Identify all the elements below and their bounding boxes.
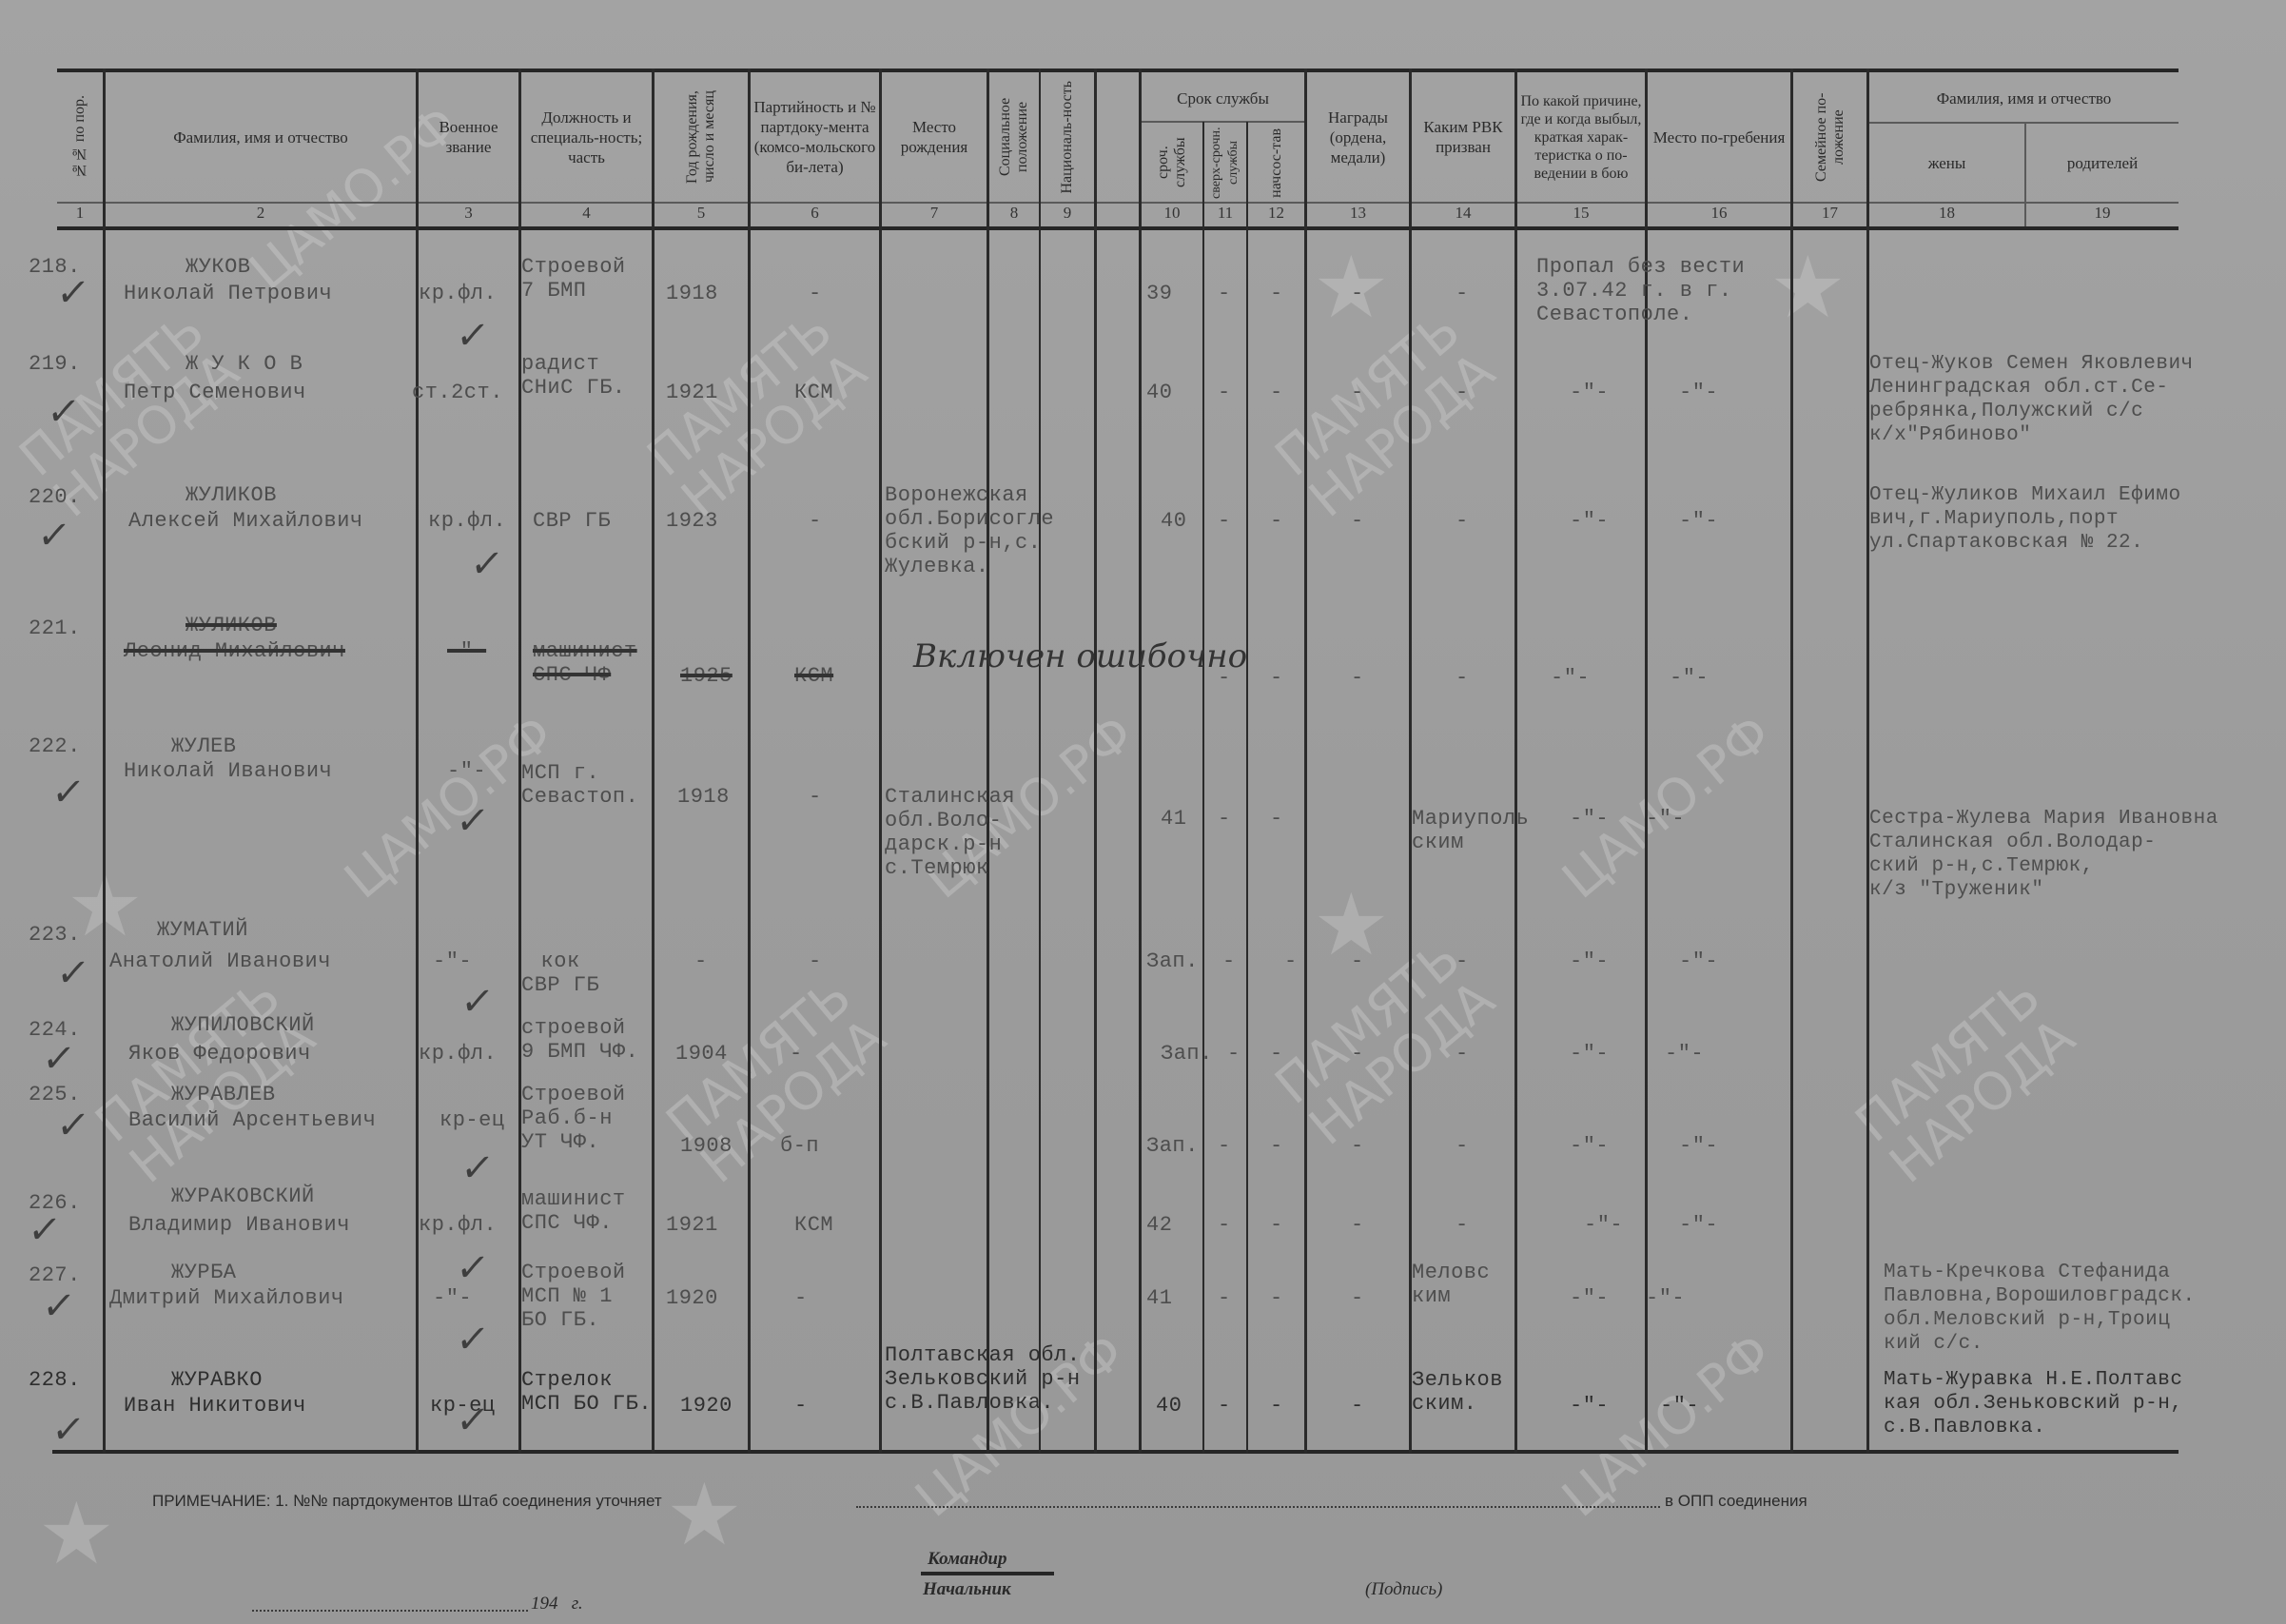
row-command-staff: - (1270, 1134, 1283, 1158)
checkmark-icon: ✓ (459, 1146, 497, 1190)
row-surname: ЖУРАКОВСКИЙ (171, 1184, 315, 1208)
row-parents: Отец-Жуков Семен Яковлевич Ленинградская… (1869, 352, 2194, 447)
row-burial: -"- (1660, 1394, 1699, 1418)
col-divider (416, 68, 419, 1453)
checkmark-icon: ✓ (454, 1318, 492, 1361)
checkmark-icon: ✓ (45, 390, 83, 434)
checkmark-icon: ✓ (454, 1246, 492, 1290)
row-awards: - (1351, 509, 1364, 533)
row-awards: - (1351, 666, 1364, 690)
row-birth-year: 1925 (680, 664, 733, 688)
row-command-staff: - (1270, 1286, 1283, 1310)
col-divider (1304, 68, 1307, 1453)
col-number: 13 (1307, 204, 1409, 223)
checkmark-icon: ✓ (26, 1208, 64, 1252)
commander-label: Командир (928, 1549, 1007, 1570)
watermark-pamyat: ПАМЯТЬ НАРОДА (1266, 303, 1504, 527)
col-number: 1 (57, 204, 103, 223)
header-group-family: Фамилия, имя и отчество (1869, 76, 2179, 120)
row-parents: Мать-Журавка Н.Е.Полтавс кая обл.Зеньков… (1884, 1368, 2182, 1439)
row-number: 222. (29, 734, 81, 758)
header-col-12: начсос-тав (1248, 124, 1304, 202)
row-awards: - (1351, 949, 1364, 973)
header-label: начсос-тав (1268, 128, 1285, 198)
row-surname: ЖУЛЕВ (171, 734, 237, 758)
col-divider (879, 68, 882, 1453)
row-position: машинист СПС ЧФ (533, 639, 637, 687)
header-group-service: Срок службы (1142, 76, 1304, 120)
row-reason: -"- (1584, 1213, 1623, 1237)
row-awards: - (1351, 1042, 1364, 1066)
row-number: 221. (29, 616, 81, 640)
header-label: сверх-срочн. службы (1208, 124, 1242, 202)
row-rvk: Меловс ким (1412, 1261, 1490, 1308)
row-party: - (790, 1042, 803, 1066)
service-group-divider (1140, 121, 1305, 123)
col-number: 6 (751, 204, 879, 223)
row-service-extended: - (1218, 807, 1231, 831)
row-command-staff: - (1270, 509, 1283, 533)
row-command-staff: - (1270, 1394, 1283, 1418)
watermark-pamyat: ПАМЯТЬ НАРОДА (87, 969, 324, 1193)
header-label: №№ по пор. (71, 95, 88, 178)
row-surname: ЖУКОВ (186, 255, 251, 279)
row-position: Строевой МСП № 1 БО ГБ. (521, 1261, 626, 1332)
row-reason: -"- (1570, 1134, 1609, 1158)
row-rvk: - (1456, 381, 1469, 404)
row-position: Стрелок МСП БО ГБ. (521, 1368, 652, 1416)
row-given-names: Леонид Михайлович (124, 639, 345, 663)
row-party: КСМ (794, 664, 833, 688)
row-given-names: Николай Иванович (124, 759, 332, 783)
star-watermark-icon: ★ (38, 1484, 115, 1584)
row-awards: - (1351, 282, 1364, 305)
col-number: 17 (1793, 204, 1866, 223)
row-service-extended: - (1218, 666, 1231, 690)
col-divider (1094, 68, 1097, 1453)
header-label: Семейное по-ложение (1813, 72, 1847, 202)
row-position: машинист СПС ЧФ. (521, 1187, 626, 1235)
col-number: 18 (1869, 204, 2024, 223)
row-command-staff: - (1270, 1213, 1283, 1237)
row-service-extended: - (1218, 1213, 1231, 1237)
row-birth-year: 1904 (675, 1042, 728, 1066)
header-col-19: родителей (2026, 124, 2179, 202)
row-service-regular: 40 (1156, 1394, 1182, 1418)
col-divider (1409, 68, 1412, 1453)
header-col-15: По какой причине, где и когда выбыл, кра… (1517, 72, 1645, 202)
header-col-4: Должность и специаль-ность; часть (521, 72, 652, 202)
col-divider (1866, 68, 1869, 1453)
col-divider (1514, 68, 1517, 1453)
star-watermark-icon: ★ (666, 1465, 743, 1565)
header-label: Социальное положение (997, 72, 1031, 202)
row-burial: -"- (1646, 1286, 1685, 1310)
row-service-extended: - (1218, 509, 1231, 533)
row-birthplace: Полтавская обл. Зельковский р-н с.В.Павл… (885, 1343, 1081, 1415)
row-birth-year: 1920 (680, 1394, 733, 1418)
row-party: - (794, 1286, 808, 1310)
col-divider (1246, 122, 1248, 1453)
row-given-names: Алексей Михайлович (128, 509, 363, 533)
row-position: кок СВР ГБ (521, 949, 599, 997)
row-burial: -"- (1679, 1134, 1718, 1158)
checkmark-icon: ✓ (54, 271, 92, 315)
col-number: 14 (1412, 204, 1514, 223)
watermark-pamyat: ПАМЯТЬ НАРОДА (1846, 969, 2084, 1193)
row-birth-year: 1923 (666, 509, 718, 533)
header-col-5: Год рождения, число и месяц (655, 72, 748, 202)
row-rvk: - (1456, 509, 1469, 533)
row-service-extended: - (1218, 282, 1231, 305)
header-label: Националь-ность (1059, 81, 1076, 194)
row-rvk: - (1456, 1213, 1469, 1237)
col-number: 11 (1204, 204, 1246, 223)
checkmark-icon: ✓ (468, 542, 506, 586)
checkmark-icon: ✓ (54, 1104, 92, 1147)
row-reason: -"- (1570, 381, 1609, 404)
row-rvk: - (1456, 1134, 1469, 1158)
col-number: 5 (655, 204, 748, 223)
header-col-3: Военное звание (419, 72, 518, 202)
row-number: 220. (29, 485, 81, 509)
row-party: КСМ (794, 1213, 833, 1237)
row-number: 219. (29, 352, 81, 376)
header-label: сроч. службы (1155, 124, 1189, 202)
row-burial: -"- (1670, 666, 1709, 690)
row-given-names: Яков Федорович (128, 1042, 311, 1066)
header-col-8: Социальное положение (989, 72, 1039, 202)
row-position: строевой 9 БМП ЧФ. (521, 1016, 638, 1064)
row-position: МСП г. Севастоп. (521, 761, 638, 809)
row-given-names: Иван Никитович (124, 1394, 306, 1418)
archive-document-page: ЦАМО.РФ ПАМЯТЬ НАРОДА ПАМЯТЬ НАРОДА ПАМЯ… (0, 0, 2286, 1624)
row-birthplace: Сталинская обл.Воло- дарск.р-н с.Темрюк (885, 785, 1015, 880)
row-given-names: Владимир Иванович (128, 1213, 350, 1237)
row-party: - (809, 785, 822, 809)
row-service-regular: 41 (1161, 807, 1186, 831)
row-birth-year: - (694, 949, 708, 973)
header-col-17: Семейное по-ложение (1793, 72, 1866, 202)
row-rvk: - (1456, 949, 1469, 973)
row-birthplace: Воронежская обл.Борисогле бский р-н,с. Ж… (885, 483, 1054, 578)
checkmark-icon: ✓ (49, 1408, 88, 1452)
header-col-7: Место рождения (882, 72, 987, 202)
chief-label: Начальник (923, 1579, 1011, 1600)
row-awards: - (1351, 1134, 1364, 1158)
row-service-regular: 39 (1146, 282, 1172, 305)
row-reason: -"- (1570, 949, 1609, 973)
checkmark-icon: ✓ (454, 1399, 492, 1442)
row-rank: кр-ец (440, 1108, 505, 1132)
row-rank: -"- (447, 759, 486, 783)
row-command-staff: - (1270, 1042, 1283, 1066)
col-divider (1202, 122, 1204, 1453)
row-awards: - (1351, 1286, 1364, 1310)
row-command-staff: - (1270, 381, 1283, 404)
row-number: 223. (29, 923, 81, 947)
row-burial: -"- (1679, 949, 1718, 973)
checkmark-icon: ✓ (459, 980, 497, 1024)
row-reason: -"- (1570, 807, 1609, 831)
header-col-2: Фамилия, имя и отчество (106, 72, 416, 202)
row-number: 228. (29, 1368, 81, 1392)
col-number: 19 (2026, 204, 2179, 223)
row-burial: -"- (1679, 509, 1718, 533)
row-party: КСМ (794, 381, 833, 404)
header-label: Год рождения, число и месяц (684, 72, 718, 202)
row-rank: кр.фл. (428, 509, 506, 533)
col-number: 10 (1142, 204, 1202, 223)
row-rvk: - (1456, 666, 1469, 690)
row-rank: -"- (433, 949, 472, 973)
row-service-extended: - (1222, 949, 1236, 973)
header-col-14: Каким РВК призван (1412, 72, 1514, 202)
row-reason: -"- (1551, 666, 1590, 690)
row-reason: -"- (1570, 1394, 1609, 1418)
header-bottom-border (57, 226, 2179, 230)
row-awards: - (1351, 1394, 1364, 1418)
row-position: радист СНиС ГБ. (521, 352, 626, 400)
row-surname: Ж У К О В (186, 352, 303, 376)
row-rvk: Мариуполь ским (1412, 807, 1529, 854)
header-col-18: жены (1869, 124, 2024, 202)
col-divider (652, 68, 655, 1453)
signature-label: (Подпись) (1365, 1579, 1442, 1600)
header-col-10: сроч. службы (1142, 124, 1202, 202)
row-surname: ЖУРАВЛЕВ (171, 1083, 276, 1106)
row-burial: -"- (1679, 381, 1718, 404)
row-party: - (809, 509, 822, 533)
col-number: 9 (1041, 204, 1094, 223)
note-fill-line (856, 1506, 1660, 1508)
row-party: - (809, 282, 822, 305)
row-awards: - (1351, 1213, 1364, 1237)
col-number: 8 (989, 204, 1039, 223)
col-number: 16 (1648, 204, 1790, 223)
row-surname: ЖУРБА (171, 1261, 237, 1284)
footer-note: ПРИМЕЧАНИЕ: 1. №№ партдокументов Штаб со… (152, 1492, 662, 1511)
row-command-staff: - (1270, 666, 1283, 690)
col-number: 7 (882, 204, 987, 223)
row-rvk: - (1456, 1042, 1469, 1066)
row-birth-year: 1921 (666, 1213, 718, 1237)
row-surname: ЖУПИЛОВСКИЙ (171, 1013, 315, 1037)
row-given-names: Анатолий Иванович (109, 949, 331, 973)
row-surname: ЖУЛИКОВ (186, 483, 277, 507)
date-fill-line (252, 1610, 528, 1612)
row-reason: -"- (1570, 1286, 1609, 1310)
col-number: 4 (521, 204, 652, 223)
row-given-names: Василий Арсентьевич (128, 1108, 376, 1132)
row-parents: Отец-Жуликов Михаил Ефимо вич,г.Мариупол… (1869, 483, 2181, 555)
row-service-regular: 41 (1146, 1286, 1172, 1310)
row-rank: кр.фл. (419, 1213, 497, 1237)
row-birth-year: 1921 (666, 381, 718, 404)
checkmark-icon: ✓ (35, 514, 73, 558)
row-reason: Пропал без вести 3.07.42 г. в г. Севасто… (1536, 255, 1745, 326)
row-surname: ЖУРАВКО (171, 1368, 263, 1392)
row-command-staff: - (1270, 807, 1283, 831)
row-given-names: Николай Петрович (124, 282, 332, 305)
row-surname: ЖУЛИКОВ (186, 614, 277, 637)
row-service-extended: - (1218, 1134, 1231, 1158)
row-service-regular: 42 (1146, 1213, 1172, 1237)
row-birth-year: 1918 (666, 282, 718, 305)
row-service-regular: Зап. (1146, 949, 1199, 973)
row-position: Строевой 7 БМП (521, 255, 626, 303)
row-command-staff: - (1284, 949, 1298, 973)
row-service-regular: Зап. (1161, 1042, 1213, 1066)
col-number: 15 (1517, 204, 1645, 223)
row-service-extended: - (1218, 381, 1231, 404)
row-awards: - (1351, 381, 1364, 404)
watermark-pamyat: ПАМЯТЬ НАРОДА (657, 969, 895, 1193)
checkmark-icon: ✓ (54, 951, 92, 995)
watermark-pamyat: ПАМЯТЬ НАРОДА (638, 303, 876, 527)
col-divider (987, 68, 989, 1453)
row-service-extended: - (1227, 1042, 1241, 1066)
row-party: б-п (780, 1134, 819, 1158)
col-number: 2 (106, 204, 416, 223)
checkmark-icon: ✓ (40, 1037, 78, 1081)
header-col-1: №№ по пор. (57, 72, 103, 202)
row-parents: Мать-Кречкова Стефанида Павловна,Ворошил… (1884, 1261, 2196, 1356)
row-given-names: Дмитрий Михайлович (109, 1286, 344, 1310)
row-service-extended: - (1218, 1286, 1231, 1310)
checkmark-icon: ✓ (454, 799, 492, 843)
date-year-label: 194 г. (531, 1594, 583, 1614)
col-divider (1790, 68, 1793, 1453)
row-burial: -"- (1646, 807, 1685, 831)
col-divider (103, 68, 106, 1453)
handwritten-note: Включен ошибочно (913, 637, 1247, 675)
row-party: - (794, 1394, 808, 1418)
row-rvk: - (1456, 282, 1469, 305)
row-reason: -"- (1570, 1042, 1609, 1066)
row-position: Строевой Раб.б-н УТ ЧФ. (521, 1083, 626, 1154)
footer-note-suffix: в ОПП соединения (1665, 1492, 1807, 1511)
col-divider (1039, 68, 1041, 1453)
header-col-13: Награды (ордена, медали) (1307, 72, 1409, 202)
row-position: СВР ГБ (533, 509, 611, 533)
row-rank: -"- (447, 639, 486, 663)
row-sister: Сестра-Жулева Мария Ивановна Сталинская … (1869, 807, 2218, 902)
row-rank: кр.фл. (419, 1042, 497, 1066)
title-underline (921, 1572, 1054, 1575)
row-birth-year: 1920 (666, 1286, 718, 1310)
row-birth-year: 1918 (677, 785, 730, 809)
checkmark-icon: ✓ (454, 314, 492, 358)
row-service-extended: - (1218, 1394, 1231, 1418)
row-given-names: Петр Семенович (124, 381, 306, 404)
col-number: 12 (1248, 204, 1304, 223)
row-burial: -"- (1679, 1213, 1718, 1237)
row-service-regular: Зап. (1146, 1134, 1199, 1158)
row-party: - (809, 949, 822, 973)
row-burial: -"- (1665, 1042, 1704, 1066)
row-surname: ЖУМАТИЙ (157, 918, 248, 942)
header-col-16: Место по-гребения (1648, 72, 1790, 202)
row-reason: -"- (1570, 509, 1609, 533)
col-divider (1139, 68, 1142, 1453)
header-col-6: Партийность и № партдоку-мента (комсо-мо… (751, 72, 879, 202)
row-service-regular: 40 (1146, 381, 1172, 404)
col-divider (748, 68, 751, 1453)
header-col-9: Националь-ность (1041, 72, 1094, 202)
row-command-staff: - (1270, 282, 1283, 305)
row-birth-year: 1908 (680, 1134, 733, 1158)
table-bottom-border (52, 1450, 2179, 1454)
checkmark-icon: ✓ (40, 1284, 78, 1328)
col-number: 3 (419, 204, 518, 223)
row-service-regular: 40 (1161, 509, 1186, 533)
star-watermark-icon: ★ (1769, 238, 1846, 338)
row-rvk: Зельков ским. (1412, 1368, 1503, 1416)
row-rank: ст.2ст. (412, 381, 503, 404)
checkmark-icon: ✓ (49, 771, 88, 814)
row-rank: кр.фл. (419, 282, 497, 305)
header-col-11: сверх-срочн. службы (1204, 124, 1246, 202)
